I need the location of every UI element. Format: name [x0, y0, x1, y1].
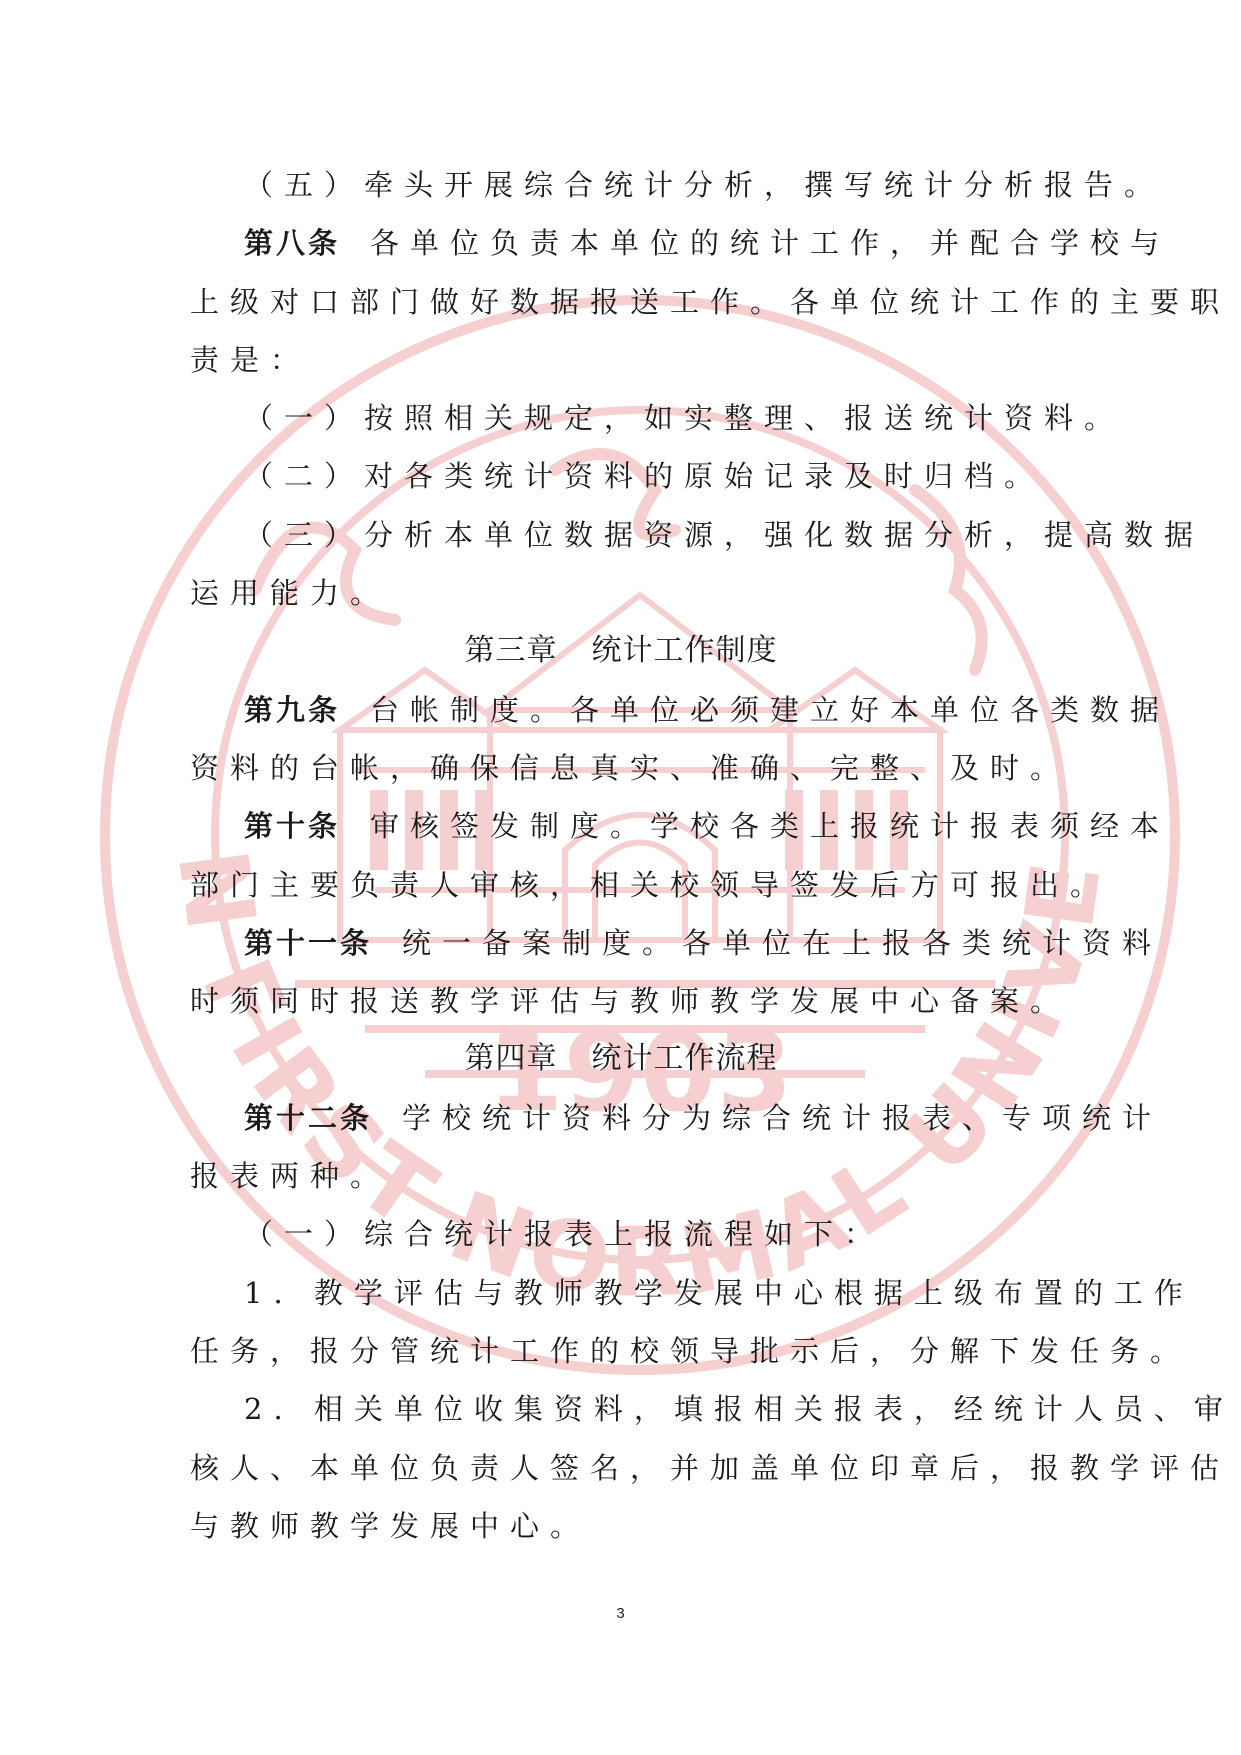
text-line: （五）牵头开展综合统计分析，撰写统计分析报告。	[190, 156, 1052, 214]
article-label: 第十二条	[244, 1101, 372, 1135]
text-line: 资料的台帐，确保信息真实、准确、完整、及时。	[190, 739, 1052, 797]
article-text: 各单位负责本单位的统计工作，并配合学校与	[370, 226, 1170, 260]
article-paragraph-start: 第八条各单位负责本单位的统计工作，并配合学校与	[190, 214, 1052, 272]
chapter-heading: 第三章统计工作制度	[190, 622, 1052, 680]
article-label: 第八条	[244, 226, 340, 260]
chapter-heading: 第四章统计工作流程	[190, 1030, 1052, 1088]
text-line: （二）对各类统计资料的原始记录及时归档。	[190, 447, 1052, 505]
article-paragraph-start: 第十一条统一备案制度。各单位在上报各类统计资料	[190, 914, 1052, 972]
chapter-title: 统计工作流程	[592, 1041, 778, 1076]
text-line: 与教师教学发展中心。	[190, 1497, 1052, 1555]
chapter-title: 统计工作制度	[592, 633, 778, 668]
text-line: （一）综合统计报表上报流程如下：	[190, 1205, 1052, 1263]
text-line: 2. 相关单位收集资料，填报相关报表，经统计人员、审	[190, 1380, 1052, 1438]
text-line: 任务，报分管统计工作的校领导批示后，分解下发任务。	[190, 1322, 1052, 1380]
text-line: 部门主要负责人审核，相关校领导签发后方可报出。	[190, 856, 1052, 914]
article-text: 审核签发制度。学校各类上报统计报表须经本	[370, 809, 1170, 843]
text-line: 1. 教学评估与教师教学发展中心根据上级布置的工作	[190, 1264, 1052, 1322]
article-paragraph-start: 第九条台帐制度。各单位必须建立好本单位各类数据	[190, 681, 1052, 739]
article-text: 统一备案制度。各单位在上报各类统计资料	[402, 926, 1162, 960]
chapter-number: 第四章	[465, 1041, 558, 1076]
article-label: 第十一条	[244, 926, 372, 960]
text-line: 核人、本单位负责人签名，并加盖单位印章后，报教学评估	[190, 1439, 1052, 1497]
article-paragraph-start: 第十条审核签发制度。学校各类上报统计报表须经本	[190, 797, 1052, 855]
article-label: 第十条	[244, 809, 340, 843]
text-line: 运用能力。	[190, 564, 1052, 622]
article-text: 学校统计资料分为综合统计报表、专项统计	[402, 1101, 1162, 1135]
text-line: 时须同时报送教学评估与教师教学发展中心备案。	[190, 972, 1052, 1030]
text-line: （一）按照相关规定，如实整理、报送统计资料。	[190, 389, 1052, 447]
page-number: 3	[0, 1605, 1241, 1622]
chapter-number: 第三章	[465, 633, 558, 668]
article-text: 台帐制度。各单位必须建立好本单位各类数据	[370, 693, 1170, 727]
text-line: 上级对口部门做好数据报送工作。各单位统计工作的主要职	[190, 273, 1052, 331]
text-line: 责是：	[190, 331, 1052, 389]
article-paragraph-start: 第十二条学校统计资料分为综合统计报表、专项统计	[190, 1089, 1052, 1147]
article-label: 第九条	[244, 693, 340, 727]
text-line: （三）分析本单位数据资源，强化数据分析，提高数据	[190, 506, 1052, 564]
text-line: 报表两种。	[190, 1147, 1052, 1205]
document-page: 1903 HUNAN FIRST NORMAL UNIVERSITY （五）牵头…	[0, 0, 1241, 1755]
document-body: （五）牵头开展综合统计分析，撰写统计分析报告。第八条各单位负责本单位的统计工作，…	[190, 156, 1052, 1555]
